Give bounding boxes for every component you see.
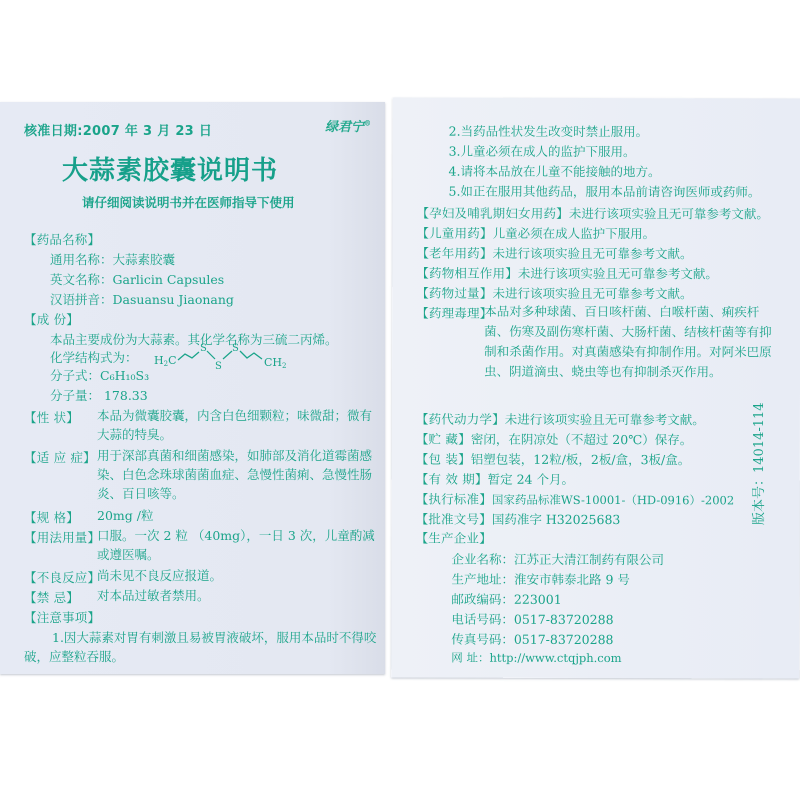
svg-text:S: S bbox=[215, 361, 222, 372]
pinyin-name: 汉语拼音：Dasuansu Jiaonang bbox=[50, 290, 234, 308]
section-label-pediatric: 【儿童用药】 bbox=[416, 226, 492, 241]
left-page: 核准日期:2007 年 3 月 23 日 绿君宁® 大蒜素胶囊说明书 请仔细阅读… bbox=[0, 102, 385, 674]
section-label-interactions: 【药物相互作用】 bbox=[416, 266, 518, 281]
svg-text:CH2: CH2 bbox=[264, 356, 286, 370]
section-label-ingredients: 【成 份】 bbox=[24, 310, 79, 328]
section-geriatric: 【老年用药】未进行该项实验且无可靠参考文献。 bbox=[416, 243, 692, 263]
section-label-shelf-life: 【有 效 期】 bbox=[416, 472, 488, 487]
manufacturer-address: 生产地址：淮安市韩泰北路 9 号 bbox=[451, 570, 629, 588]
version-number: 版本号：14014-114 bbox=[748, 402, 767, 525]
pharmacokinetics-text: 未进行该项实验且无可靠参考文献。 bbox=[505, 412, 705, 428]
manufacturer-phone: 电话号码：0517-83720288 bbox=[451, 610, 613, 628]
overdose-text: 未进行该项实验且无可靠参考文献。 bbox=[492, 286, 692, 302]
section-interactions: 【药物相互作用】未进行该项实验且无可靠参考文献。 bbox=[416, 263, 718, 283]
section-pediatric: 【儿童用药】儿童必须在成人监护下服用。 bbox=[416, 223, 655, 243]
molecular-weight: 分子量： 178.33 bbox=[50, 386, 148, 404]
generic-name: 通用名称：大蒜素胶囊 bbox=[50, 250, 175, 268]
manufacturer-postcode: 邮政编码：223001 bbox=[451, 590, 561, 608]
section-label-overdose: 【药物过量】 bbox=[416, 286, 492, 301]
document-title: 大蒜素胶囊说明书 bbox=[62, 150, 278, 187]
section-label-pharmacokinetics: 【药代动力学】 bbox=[416, 412, 505, 427]
section-label-pregnancy: 【孕妇及哺乳期妇女用药】 bbox=[416, 206, 568, 221]
adverse-reactions-text: 尚未见不良反应报道。 bbox=[97, 566, 222, 584]
section-pharmacokinetics: 【药代动力学】未进行该项实验且无可靠参考文献。 bbox=[416, 409, 705, 429]
manufacturer-website: 网 址：http://www.ctqjph.com bbox=[451, 650, 621, 666]
section-label-packaging: 【包 装】 bbox=[416, 452, 471, 467]
section-label-manufacturer: 【生产企业】 bbox=[416, 529, 492, 547]
pregnancy-text: 未进行该项实验且无可靠参考文献。 bbox=[569, 206, 769, 222]
indications-text: 用于深部真菌和细菌感染，如肺部及消化道霉菌感染、白色念珠球菌菌血症、急慢性菌痢、… bbox=[97, 446, 379, 503]
approval-date: 核准日期:2007 年 3 月 23 日 bbox=[24, 120, 212, 139]
section-pregnancy: 【孕妇及哺乳期妇女用药】未进行该项实验且无可靠参考文献。 bbox=[416, 203, 768, 223]
section-label-precautions: 【注意事项】 bbox=[24, 608, 100, 626]
precaution-item-3: 3.儿童必须在成人的监护下服用。 bbox=[449, 142, 636, 160]
manufacturer-name: 企业名称：江苏正大清江制药有限公司 bbox=[452, 550, 665, 569]
specification-text: 20mg /粒 bbox=[97, 506, 153, 524]
precaution-item-2: 2.当药品性状发生改变时禁止服用。 bbox=[449, 122, 648, 141]
section-overdose: 【药物过量】未进行该项实验且无可靠参考文献。 bbox=[416, 283, 692, 303]
packaging-text: 铝塑包装，12粒/板，2板/盒，3板/盒。 bbox=[471, 452, 690, 468]
section-standard: 【执行标准】国家药品标准WS-10001-（HD-0916）-2002 bbox=[416, 489, 735, 509]
section-label-standard: 【执行标准】 bbox=[416, 492, 492, 507]
svg-text:S: S bbox=[200, 343, 207, 354]
svg-text:H2C: H2C bbox=[154, 354, 176, 368]
formula-label: 分子式： bbox=[50, 368, 100, 383]
section-packaging: 【包 装】铝塑包装，12粒/板，2板/盒，3板/盒。 bbox=[416, 449, 690, 469]
interactions-text: 未进行该项实验且无可靠参考文献。 bbox=[518, 266, 718, 282]
structure-label: 化学结构式为： bbox=[50, 348, 138, 366]
dosage-text: 口服。一次 2 粒 （40mg），一日 3 次，儿童酌减或遵医嘱。 bbox=[97, 526, 379, 564]
shelf-life-text: 暂定 24 个月。 bbox=[488, 472, 574, 487]
geriatric-text: 未进行该项实验且无可靠参考文献。 bbox=[493, 246, 693, 262]
section-label-pharmacology: 【药理毒理】 bbox=[416, 304, 492, 322]
brand-logo: 绿君宁® bbox=[325, 116, 371, 135]
section-approval-number: 【批准文号】国药准字 H32025683 bbox=[416, 509, 621, 529]
pharmacology-text: 本品对多种球菌、百日咳杆菌、白喉杆菌、痢疾杆菌、伤寒及副伤寒杆菌、大肠杆菌、结核… bbox=[484, 302, 776, 383]
section-label-storage: 【贮 藏】 bbox=[416, 432, 471, 447]
right-page: 2.当药品性状发生改变时禁止服用。 3.儿童必须在成人的监护下服用。 4.请将本… bbox=[391, 97, 800, 678]
storage-text: 密闭，在阴凉处（不超过 20℃）保存。 bbox=[471, 432, 692, 448]
section-label-contraindications: 【禁 忌】 bbox=[24, 588, 79, 606]
registered-mark: ® bbox=[364, 119, 371, 128]
section-label-geriatric: 【老年用药】 bbox=[416, 246, 492, 261]
manufacturer-fax: 传真号码：0517-83720288 bbox=[451, 630, 613, 648]
brand-name: 绿君宁 bbox=[325, 120, 364, 135]
section-label-approval-number: 【批准文号】 bbox=[416, 512, 492, 527]
section-label-adverse-reactions: 【不良反应】 bbox=[24, 568, 100, 586]
english-name: 英文名称：Garlicin Capsules bbox=[50, 270, 224, 288]
contraindications-text: 对本品过敏者禁用。 bbox=[97, 586, 210, 604]
approval-number-text: 国药准字 H32025683 bbox=[492, 512, 621, 527]
precaution-item-4: 4.请将本品放在儿童不能接触的地方。 bbox=[449, 162, 661, 181]
precaution-item-5: 5.如正在服用其他药品，服用本品前请咨询医师或药师。 bbox=[448, 182, 760, 201]
description-text: 本品为微囊胶囊，内含白色细颗粒；味微甜；微有大蒜的特臭。 bbox=[97, 406, 379, 444]
svg-text:S: S bbox=[232, 343, 239, 354]
pediatric-text: 儿童必须在成人监护下服用。 bbox=[493, 226, 656, 241]
formula-value: C₆H₁₀S₃ bbox=[100, 368, 149, 383]
molecular-formula: 分子式：C₆H₁₀S₃ bbox=[50, 366, 149, 384]
section-shelf-life: 【有 效 期】暂定 24 个月。 bbox=[416, 469, 574, 488]
precaution-item-1: 1.因大蒜素对胃有刺激且易被胃液破坏，服用本品时不得咬破，应整粒吞服。 bbox=[24, 628, 379, 666]
section-label-drug-name: 【药品名称】 bbox=[24, 230, 100, 248]
standard-text: 国家药品标准WS-10001-（HD-0916）-2002 bbox=[492, 493, 734, 508]
section-label-specification: 【规 格】 bbox=[24, 508, 79, 526]
chemical-structure-diagram: H2C S S S CH2 bbox=[152, 339, 292, 375]
document-subtitle: 请仔细阅读说明书并在医师指导下使用 bbox=[82, 193, 295, 211]
section-label-indications: 【适 应 症】 bbox=[24, 448, 96, 466]
section-storage: 【贮 藏】密闭，在阴凉处（不超过 20℃）保存。 bbox=[416, 429, 692, 449]
section-label-description: 【性 状】 bbox=[24, 408, 79, 426]
section-label-dosage: 【用法用量】 bbox=[24, 528, 100, 546]
